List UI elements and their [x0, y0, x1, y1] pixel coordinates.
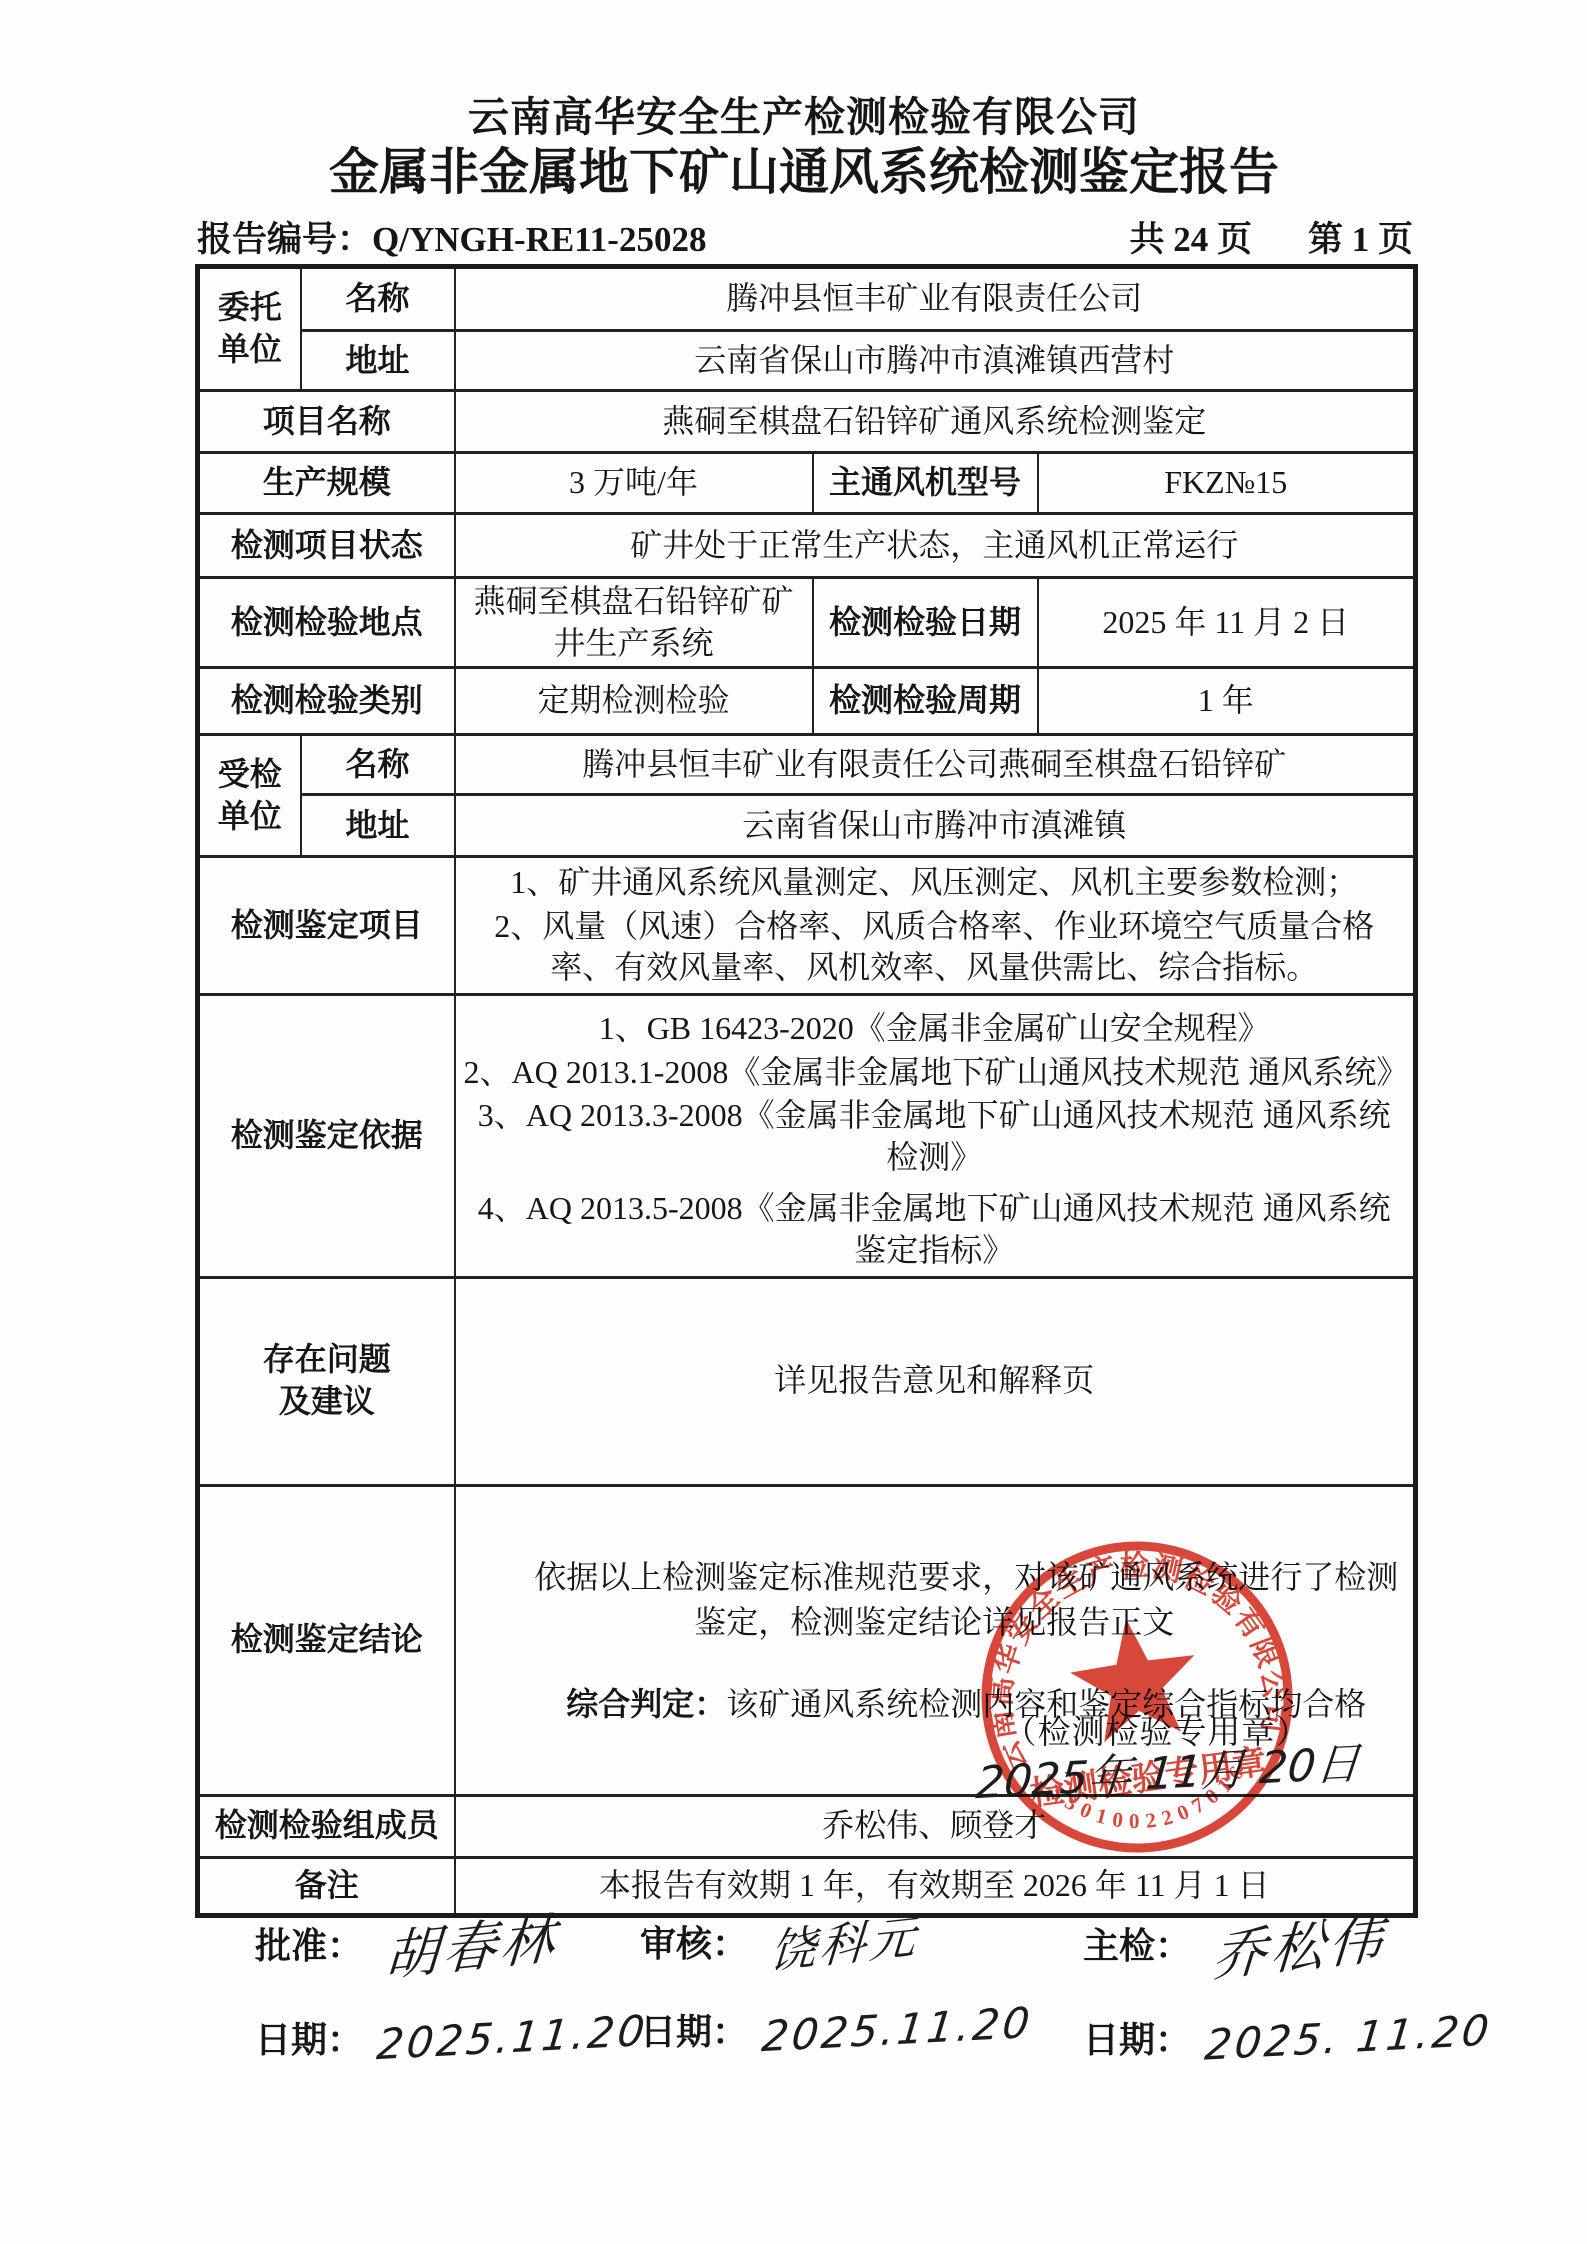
items-line: 2、风量（风速）合格率、风质合格率、作业环境空气质量合格率、有效风量率、风机效率…: [464, 906, 1406, 989]
date-value: 2025 年 11 月 2 日: [1038, 578, 1416, 668]
review-date: 2025.11.20: [760, 1998, 1035, 2061]
location-label: 检测检验地点: [198, 578, 455, 668]
current-page: 第 1 页: [1308, 212, 1413, 262]
review-label: 审核：: [640, 1916, 748, 1967]
approve-date: 2025.11.20: [375, 2006, 650, 2069]
signature-block-approve: 批准： 胡春林 日期： 2025.11.20: [255, 1905, 648, 2063]
items-label: 检测鉴定项目: [198, 857, 455, 995]
problems-value: 详见报告意见和解释页: [455, 1277, 1416, 1485]
chief-date: 2025. 11.20: [1203, 2005, 1495, 2069]
inspected-addr-value: 云南省保山市腾冲市滇滩镇: [455, 795, 1416, 857]
total-pages: 共 24 页: [1129, 212, 1252, 262]
team-label: 检测检验组成员: [198, 1795, 455, 1857]
table-row: 检测检验地点 燕硐至棋盘石铅锌矿矿井生产系统 检测检验日期 2025 年 11 …: [198, 578, 1416, 668]
inspected-group-label: 受检单位: [198, 735, 301, 857]
location-value: 燕硐至棋盘石铅锌矿矿井生产系统: [455, 578, 813, 668]
cycle-label: 检测检验周期: [813, 668, 1038, 735]
chief-signature: 乔松伟: [1211, 1895, 1390, 1991]
scale-value: 3 万吨/年: [455, 453, 813, 514]
category-value: 定期检测检验: [455, 668, 813, 735]
inspected-name-label: 名称: [301, 735, 455, 795]
report-page: 云南高华安全生产检测检验有限公司 金属非金属地下矿山通风系统检测鉴定报告 报告编…: [0, 0, 1587, 2244]
basis-line: 2、AQ 2013.1-2008《金属非金属地下矿山通风技术规范 通风系统》: [464, 1052, 1406, 1094]
approve-label: 批准：: [255, 1918, 363, 1969]
table-row: 存在问题 及建议 详见报告意见和解释页: [198, 1277, 1416, 1485]
basis-label: 检测鉴定依据: [198, 994, 455, 1277]
table-row: 受检单位 名称 腾冲县恒丰矿业有限责任公司燕硐至棋盘石铅锌矿: [198, 735, 1416, 795]
category-label: 检测检验类别: [198, 668, 455, 735]
page-count: 共 24 页 第 1 页: [1129, 212, 1413, 262]
inspected-name-value: 腾冲县恒丰矿业有限责任公司燕硐至棋盘石铅锌矿: [455, 735, 1416, 795]
inspected-addr-label: 地址: [301, 795, 455, 857]
scale-label: 生产规模: [198, 453, 455, 514]
status-value: 矿井处于正常生产状态，主通风机正常运行: [455, 514, 1416, 578]
client-group-label: 委托单位: [198, 267, 301, 391]
review-date-label: 日期：: [640, 2004, 748, 2055]
basis-line: 3、AQ 2013.3-2008《金属非金属地下矿山通风技术规范 通风系统检测》: [464, 1095, 1406, 1178]
table-row: 生产规模 3 万吨/年 主通风机型号 FKZ№15: [198, 453, 1416, 514]
table-row: 地址 云南省保山市腾冲市滇滩镇西营村: [198, 331, 1416, 391]
table-row: 委托单位 名称 腾冲县恒丰矿业有限责任公司: [198, 267, 1416, 331]
items-value: 1、矿井通风系统风量测定、风压测定、风机主要参数检测； 2、风量（风速）合格率、…: [455, 857, 1416, 995]
table-row: 地址 云南省保山市腾冲市滇滩镇: [198, 795, 1416, 857]
chief-label: 主检：: [1083, 1918, 1191, 1969]
basis-line: 1、GB 16423-2020《金属非金属矿山安全规程》: [464, 1008, 1406, 1050]
report-title: 金属非金属地下矿山通风系统检测鉴定报告: [175, 132, 1433, 204]
problems-label: 存在问题 及建议: [198, 1277, 455, 1485]
status-label: 检测项目状态: [198, 514, 455, 578]
table-row: 检测检验类别 定期检测检验 检测检验周期 1 年: [198, 668, 1416, 735]
date-label: 检测检验日期: [813, 578, 1038, 668]
approve-signature: 胡春林: [383, 1895, 562, 1991]
client-addr-label: 地址: [301, 331, 455, 391]
signature-block-review: 审核： 饶科元 日期： 2025.11.20: [640, 1908, 1033, 2055]
basis-value: 1、GB 16423-2020《金属非金属矿山安全规程》 2、AQ 2013.1…: [455, 994, 1416, 1277]
basis-line: 4、AQ 2013.5-2008《金属非金属地下矿山通风技术规范 通风系统鉴定指…: [464, 1188, 1406, 1271]
table-row: 项目名称 燕硐至棋盘石铅锌矿通风系统检测鉴定: [198, 391, 1416, 453]
signature-block-chief: 主检： 乔松伟 日期： 2025. 11.20: [1083, 1905, 1492, 2063]
official-stamp-seal: 云南高华安全生产检测检验有限公司 检测检验专用章 5301002207016: [951, 1511, 1324, 1884]
fan-model-value: FKZ№15: [1038, 453, 1416, 514]
items-line: 1、矿井通风系统风量测定、风压测定、风机主要参数检测；: [464, 862, 1406, 904]
table-row: 检测鉴定项目 1、矿井通风系统风量测定、风压测定、风机主要参数检测； 2、风量（…: [198, 857, 1416, 995]
chief-date-label: 日期：: [1083, 2012, 1191, 2063]
review-signature: 饶科元: [768, 1900, 922, 1983]
report-number: 报告编号：Q/YNGH-RE11-25028: [197, 212, 706, 262]
project-value: 燕硐至棋盘石铅锌矿通风系统检测鉴定: [455, 391, 1416, 453]
table-row: 检测项目状态 矿井处于正常生产状态，主通风机正常运行: [198, 514, 1416, 578]
client-name-value: 腾冲县恒丰矿业有限责任公司: [455, 267, 1416, 331]
table-row: 检测鉴定依据 1、GB 16423-2020《金属非金属矿山安全规程》 2、AQ…: [198, 994, 1416, 1277]
cycle-value: 1 年: [1038, 668, 1416, 735]
client-addr-value: 云南省保山市腾冲市滇滩镇西营村: [455, 331, 1416, 391]
conclusion-label: 检测鉴定结论: [198, 1485, 455, 1795]
approve-date-label: 日期：: [255, 2012, 363, 2063]
project-label: 项目名称: [198, 391, 455, 453]
client-name-label: 名称: [301, 267, 455, 331]
report-number-line: 报告编号：Q/YNGH-RE11-25028 共 24 页 第 1 页: [197, 212, 1413, 262]
fan-model-label: 主通风机型号: [813, 453, 1038, 514]
